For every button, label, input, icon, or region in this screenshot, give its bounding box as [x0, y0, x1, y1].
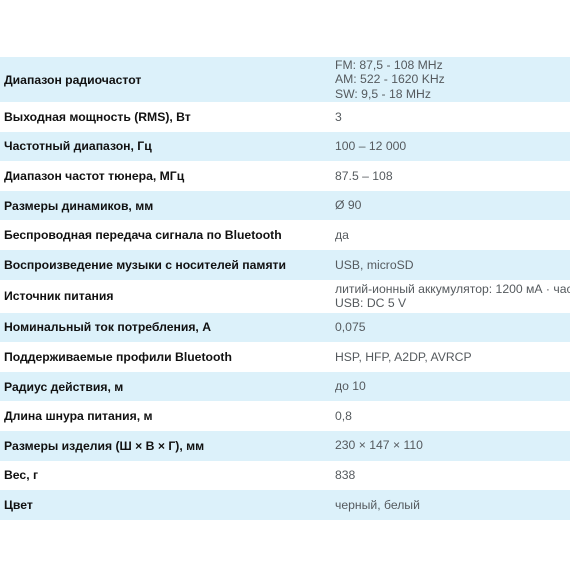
spec-value: FM: 87,5 - 108 MHz AM: 522 - 1620 KHz SW… — [335, 57, 570, 102]
spec-label: Радиус действия, м — [0, 372, 335, 402]
table-row: Диапазон радиочастотFM: 87,5 - 108 MHz A… — [0, 57, 570, 102]
spec-value: 838 — [335, 461, 570, 491]
spec-label: Воспроизведение музыки с носителей памят… — [0, 250, 335, 280]
spec-value: 87.5 – 108 — [335, 161, 570, 191]
spec-label: Диапазон радиочастот — [0, 57, 335, 102]
spec-value: 3 — [335, 102, 570, 132]
spec-label: Размеры изделия (Ш × В × Г), мм — [0, 431, 335, 461]
spec-label: Размеры динамиков, мм — [0, 191, 335, 221]
spec-value: черный, белый — [335, 490, 570, 520]
table-row: Беспроводная передача сигнала по Bluetoo… — [0, 220, 570, 250]
spec-label: Диапазон частот тюнера, МГц — [0, 161, 335, 191]
spec-value: Ø 90 — [335, 191, 570, 221]
spec-label: Вес, г — [0, 461, 335, 491]
table-row: Диапазон частот тюнера, МГц87.5 – 108 — [0, 161, 570, 191]
table-row: Частотный диапазон, Гц100 – 12 000 — [0, 132, 570, 162]
table-row: Размеры изделия (Ш × В × Г), мм230 × 147… — [0, 431, 570, 461]
spec-label: Выходная мощность (RMS), Вт — [0, 102, 335, 132]
spec-value: до 10 — [335, 372, 570, 402]
spec-label: Частотный диапазон, Гц — [0, 132, 335, 162]
table-row: Выходная мощность (RMS), Вт3 — [0, 102, 570, 132]
spec-label: Цвет — [0, 490, 335, 520]
spec-label: Беспроводная передача сигнала по Bluetoo… — [0, 220, 335, 250]
spec-value: 0,075 — [335, 313, 570, 343]
table-row: Источник питаниялитий-ионный аккумулятор… — [0, 280, 570, 313]
spec-value: HSP, HFP, A2DP, AVRCP — [335, 342, 570, 372]
spec-label: Номинальный ток потребления, А — [0, 313, 335, 343]
spec-label: Источник питания — [0, 280, 335, 313]
spec-value: 100 – 12 000 — [335, 132, 570, 162]
table-row: Цветчерный, белый — [0, 490, 570, 520]
table-row: Размеры динамиков, ммØ 90 — [0, 191, 570, 221]
spec-value: 230 × 147 × 110 — [335, 431, 570, 461]
table-row: Поддерживаемые профили BluetoothHSP, HFP… — [0, 342, 570, 372]
specifications-table: Диапазон радиочастотFM: 87,5 - 108 MHz A… — [0, 57, 570, 520]
spec-value: литий-ионный аккумулятор: 1200 мА · час … — [335, 280, 570, 313]
spec-label: Длина шнура питания, м — [0, 401, 335, 431]
table-row: Вес, г838 — [0, 461, 570, 491]
spec-value: USB, microSD — [335, 250, 570, 280]
table-row: Длина шнура питания, м0,8 — [0, 401, 570, 431]
spec-label: Поддерживаемые профили Bluetooth — [0, 342, 335, 372]
table-row: Номинальный ток потребления, А0,075 — [0, 313, 570, 343]
table-row: Воспроизведение музыки с носителей памят… — [0, 250, 570, 280]
spec-value: 0,8 — [335, 401, 570, 431]
spec-value: да — [335, 220, 570, 250]
table-row: Радиус действия, мдо 10 — [0, 372, 570, 402]
